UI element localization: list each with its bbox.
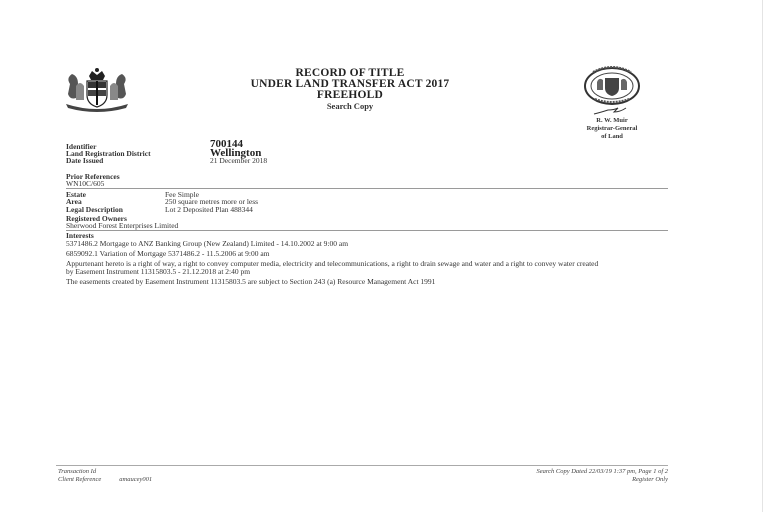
prior-references-value: WN10C/605: [66, 180, 104, 188]
search-copy-dated: Search Copy Dated 22/03/19 1:37 pm, Page…: [536, 468, 668, 476]
interest-item: The easements created by Easement Instru…: [66, 278, 606, 286]
title-line-3: FREEHOLD: [200, 90, 500, 101]
registered-owners-value: Sherwood Forest Enterprises Limited: [66, 222, 178, 230]
interest-item: Appurtenant hereto is a right of way, a …: [66, 260, 606, 276]
legal-description-label: Legal Description: [66, 206, 123, 214]
interest-item: 5371486.2 Mortgage to ANZ Banking Group …: [66, 240, 606, 248]
transaction-id-label: Transaction Id: [58, 468, 152, 476]
interests-list: 5371486.2 Mortgage to ANZ Banking Group …: [66, 240, 606, 288]
nz-coat-of-arms-icon: [62, 66, 132, 112]
record-of-title-page: RECORD OF TITLE UNDER LAND TRANSFER ACT …: [0, 0, 768, 512]
client-reference-value: amaucey001: [119, 476, 152, 483]
page-edge: [762, 0, 763, 512]
legal-description-value: Lot 2 Deposited Plan 488344: [165, 206, 253, 214]
signature-icon: [592, 106, 632, 116]
footer-rule: [56, 465, 668, 466]
seal-caption-role: Registrar-General: [570, 125, 654, 132]
registrar-seal: R. W. Muir Registrar-General of Land: [570, 66, 654, 134]
divider-rule: [66, 188, 668, 189]
date-issued-value: 21 December 2018: [210, 157, 267, 165]
date-issued-label: Date Issued: [66, 157, 103, 165]
client-reference-row: Client Referenceamaucey001: [58, 476, 152, 484]
search-copy-subtitle: Search Copy: [200, 101, 500, 112]
seal-caption-name: R. W. Muir: [570, 117, 654, 124]
footer-right: Search Copy Dated 22/03/19 1:37 pm, Page…: [536, 468, 668, 484]
seal-caption-of-land: of Land: [570, 133, 654, 140]
interest-item: 6859092.1 Variation of Mortgage 5371486.…: [66, 250, 606, 258]
land-registrar-seal-icon: [583, 66, 641, 106]
divider-rule: [66, 230, 668, 231]
register-only-label: Register Only: [536, 476, 668, 484]
footer-left: Transaction Id Client Referenceamaucey00…: [58, 468, 152, 484]
client-reference-label: Client Reference: [58, 476, 101, 483]
document-title-block: RECORD OF TITLE UNDER LAND TRANSFER ACT …: [200, 68, 500, 112]
